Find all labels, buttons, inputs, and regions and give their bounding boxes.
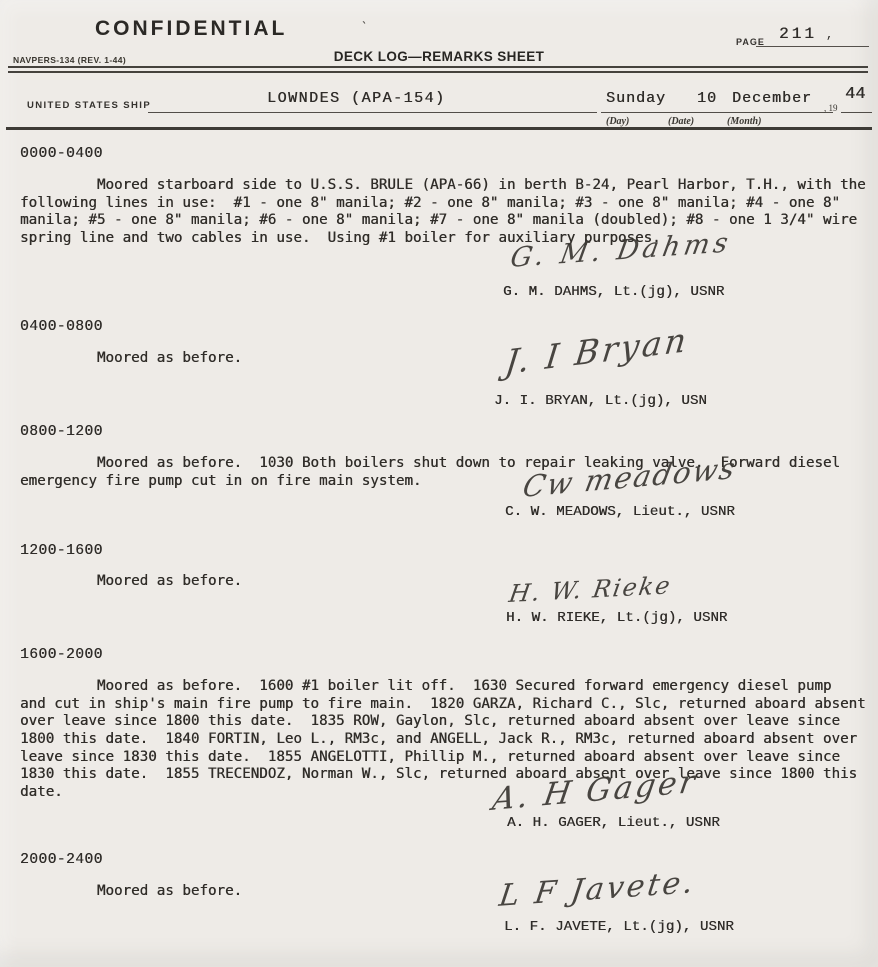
watch-period-0000-0400: 0000-0400 [20,146,103,162]
watch-period-1200-1600: 1200-1600 [20,543,103,559]
signature-handwritten: H. W. Rieke [507,571,674,608]
watch-period-2000-2400: 2000-2400 [20,852,103,868]
signature-handwritten: J. I Bryan [503,320,691,382]
date-month-label: (Month) [727,116,761,127]
header-bottom-rule [6,127,872,130]
date-day-value: Sunday [606,90,666,107]
signature-typed: H. W. RIEKE, Lt.(jg), USNR [506,610,727,626]
watch-period-1600-2000: 1600-2000 [20,647,103,663]
watch-period-0400-0800: 0400-0800 [20,319,103,335]
scan-stray-mark: ` [356,19,369,38]
year-value: 44 [845,85,865,104]
signature-typed: J. I. BRYAN, Lt.(jg), USN [494,393,707,409]
signature-typed: C. W. MEADOWS, Lieut., USNR [505,504,735,520]
document-title: DECK LOG—REMARKS SHEET [0,49,878,64]
page-number: 211 [779,25,817,43]
log-entry-text: Moored as before. [20,883,242,901]
page-number-underline [756,46,869,47]
signature-typed: G. M. DAHMS, Lt.(jg), USNR [503,284,724,300]
date-date-value: 10 [697,90,717,107]
ship-name: LOWNDES (APA-154) [267,90,446,107]
classification-stamp: CONFIDENTIAL [95,17,287,41]
log-entry-text: Moored as before. [20,573,242,591]
ship-label: UNITED STATES SHIP [27,100,151,111]
date-month-value: December [732,90,812,107]
signature-handwritten: L F Javete. [497,865,698,914]
date-underline [601,112,833,113]
header-double-rule [8,66,868,73]
log-entry-text: Moored starboard side to U.S.S. BRULE (A… [20,177,866,247]
date-day-label: (Day) [606,116,629,127]
page-number-tick: , [826,28,833,42]
signature-typed: L. F. JAVETE, Lt.(jg), USNR [504,919,734,935]
watch-period-0800-1200: 0800-1200 [20,424,103,440]
log-entry-text: Moored as before. [20,350,242,368]
date-date-label: (Date) [668,116,694,127]
log-entry-text: Moored as before. 1600 #1 boiler lit off… [20,678,866,801]
year-prefix: , 19 [824,103,838,113]
year-underline [841,112,872,113]
deck-log-page: CONFIDENTIAL ` PAGE 211 , NAVPERS-134 (R… [0,0,878,967]
signature-typed: A. H. GAGER, Lieut., USNR [507,815,720,831]
ship-name-underline [148,112,597,113]
